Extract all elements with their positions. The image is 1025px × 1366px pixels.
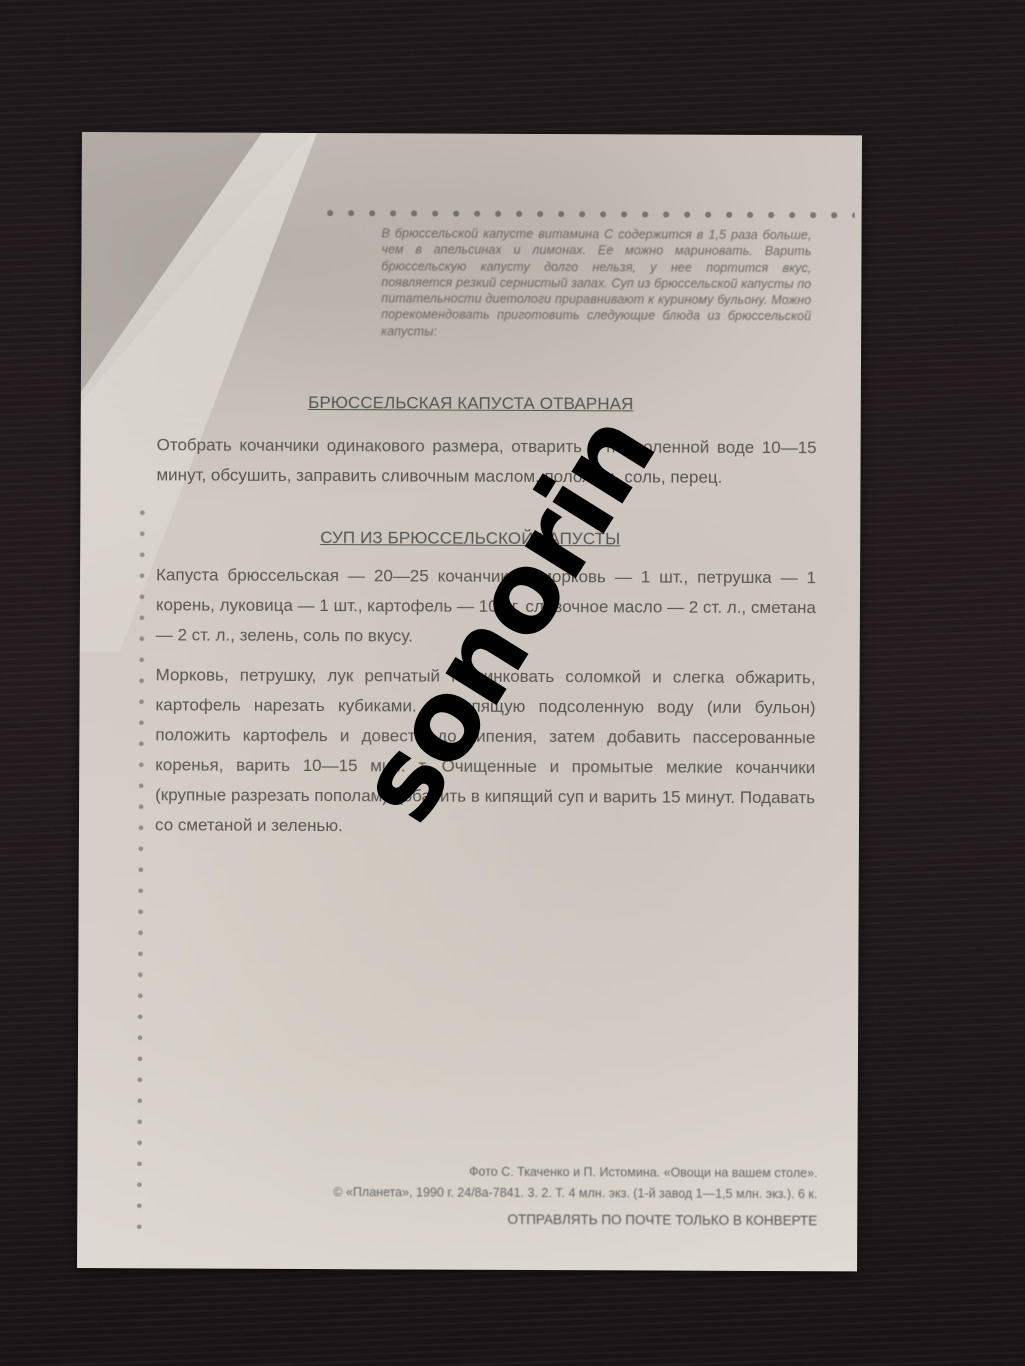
recipe-text-boiled: Отобрать кочанчики одинакового размера, … — [156, 430, 816, 493]
publisher-imprint: © «Планета», 1990 г. 24/8а-7841. 3. 2. Т… — [97, 1184, 817, 1201]
mail-notice: ОТПРАВЛЯТЬ ПО ПОЧТЕ ТОЛЬКО В КОНВЕРТЕ — [97, 1210, 817, 1228]
photo-credit: Фото С. Ткаченко и П. Истомина. «Овощи н… — [97, 1163, 817, 1180]
recipe-title-soup: СУП ИЗ БРЮССЕЛЬСКОЙ КАПУСТЫ — [80, 527, 860, 550]
perforation-left — [135, 502, 146, 1242]
intro-text: В брюссельской капусте витамина C содерж… — [381, 225, 811, 341]
recipe-title-boiled: БРЮССЕЛЬСКАЯ КАПУСТА ОТВАРНАЯ — [81, 392, 861, 415]
